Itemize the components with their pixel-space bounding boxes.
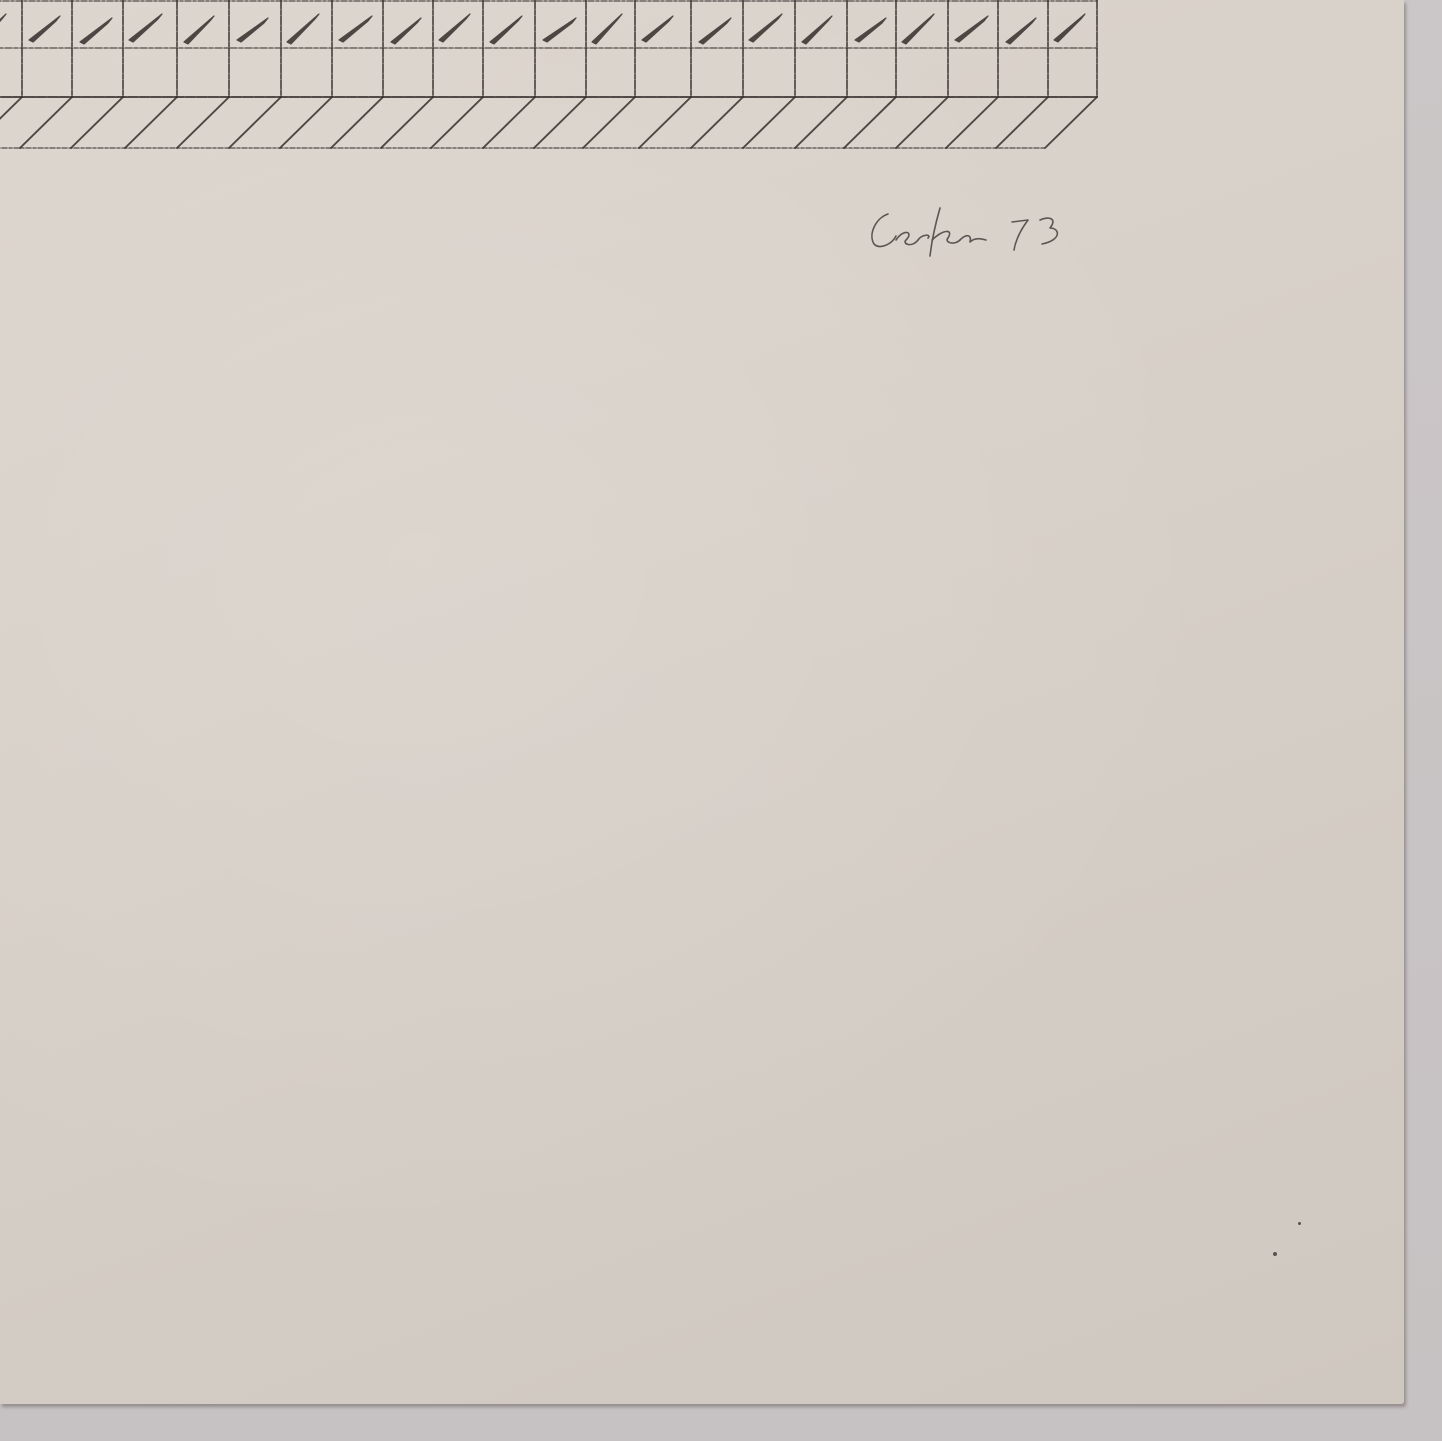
pencil-stroke-mark <box>29 16 60 42</box>
pencil-stroke-mark <box>955 16 988 42</box>
pencil-stroke-mark <box>592 14 622 44</box>
pencil-stroke-mark <box>237 18 268 42</box>
svg-text:Uecker 73: Uecker 73 <box>862 200 943 204</box>
pencil-stroke-mark <box>749 14 782 42</box>
pencil-stroke-mark <box>802 16 832 44</box>
paper-sheet: Uecker 73 <box>0 0 1404 1404</box>
pencil-stroke-mark <box>129 14 162 42</box>
paper-speck <box>1273 1252 1277 1256</box>
pencil-stroke-mark <box>184 16 214 44</box>
pencil-stroke-mark <box>0 14 6 44</box>
pencil-stroke-mark <box>1006 18 1036 44</box>
pencil-stroke-mark <box>391 18 421 44</box>
pencil-stroke-mark <box>642 16 673 42</box>
artist-signature: Uecker 73 <box>862 200 1102 270</box>
pencil-stroke-mark <box>543 18 576 42</box>
pencil-stroke-mark <box>339 16 372 42</box>
paper-speck <box>1298 1222 1301 1225</box>
pencil-stroke-mark <box>1054 14 1085 42</box>
pencil-stroke-mark <box>287 14 319 44</box>
pencil-stroke-mark <box>439 14 470 42</box>
cube-grid-drawing <box>0 0 1404 170</box>
pencil-stroke-mark <box>490 16 522 44</box>
pencil-stroke-mark <box>699 18 731 44</box>
pencil-stroke-mark <box>855 18 886 42</box>
pencil-stroke-mark <box>80 18 112 44</box>
pencil-stroke-mark <box>902 14 934 44</box>
